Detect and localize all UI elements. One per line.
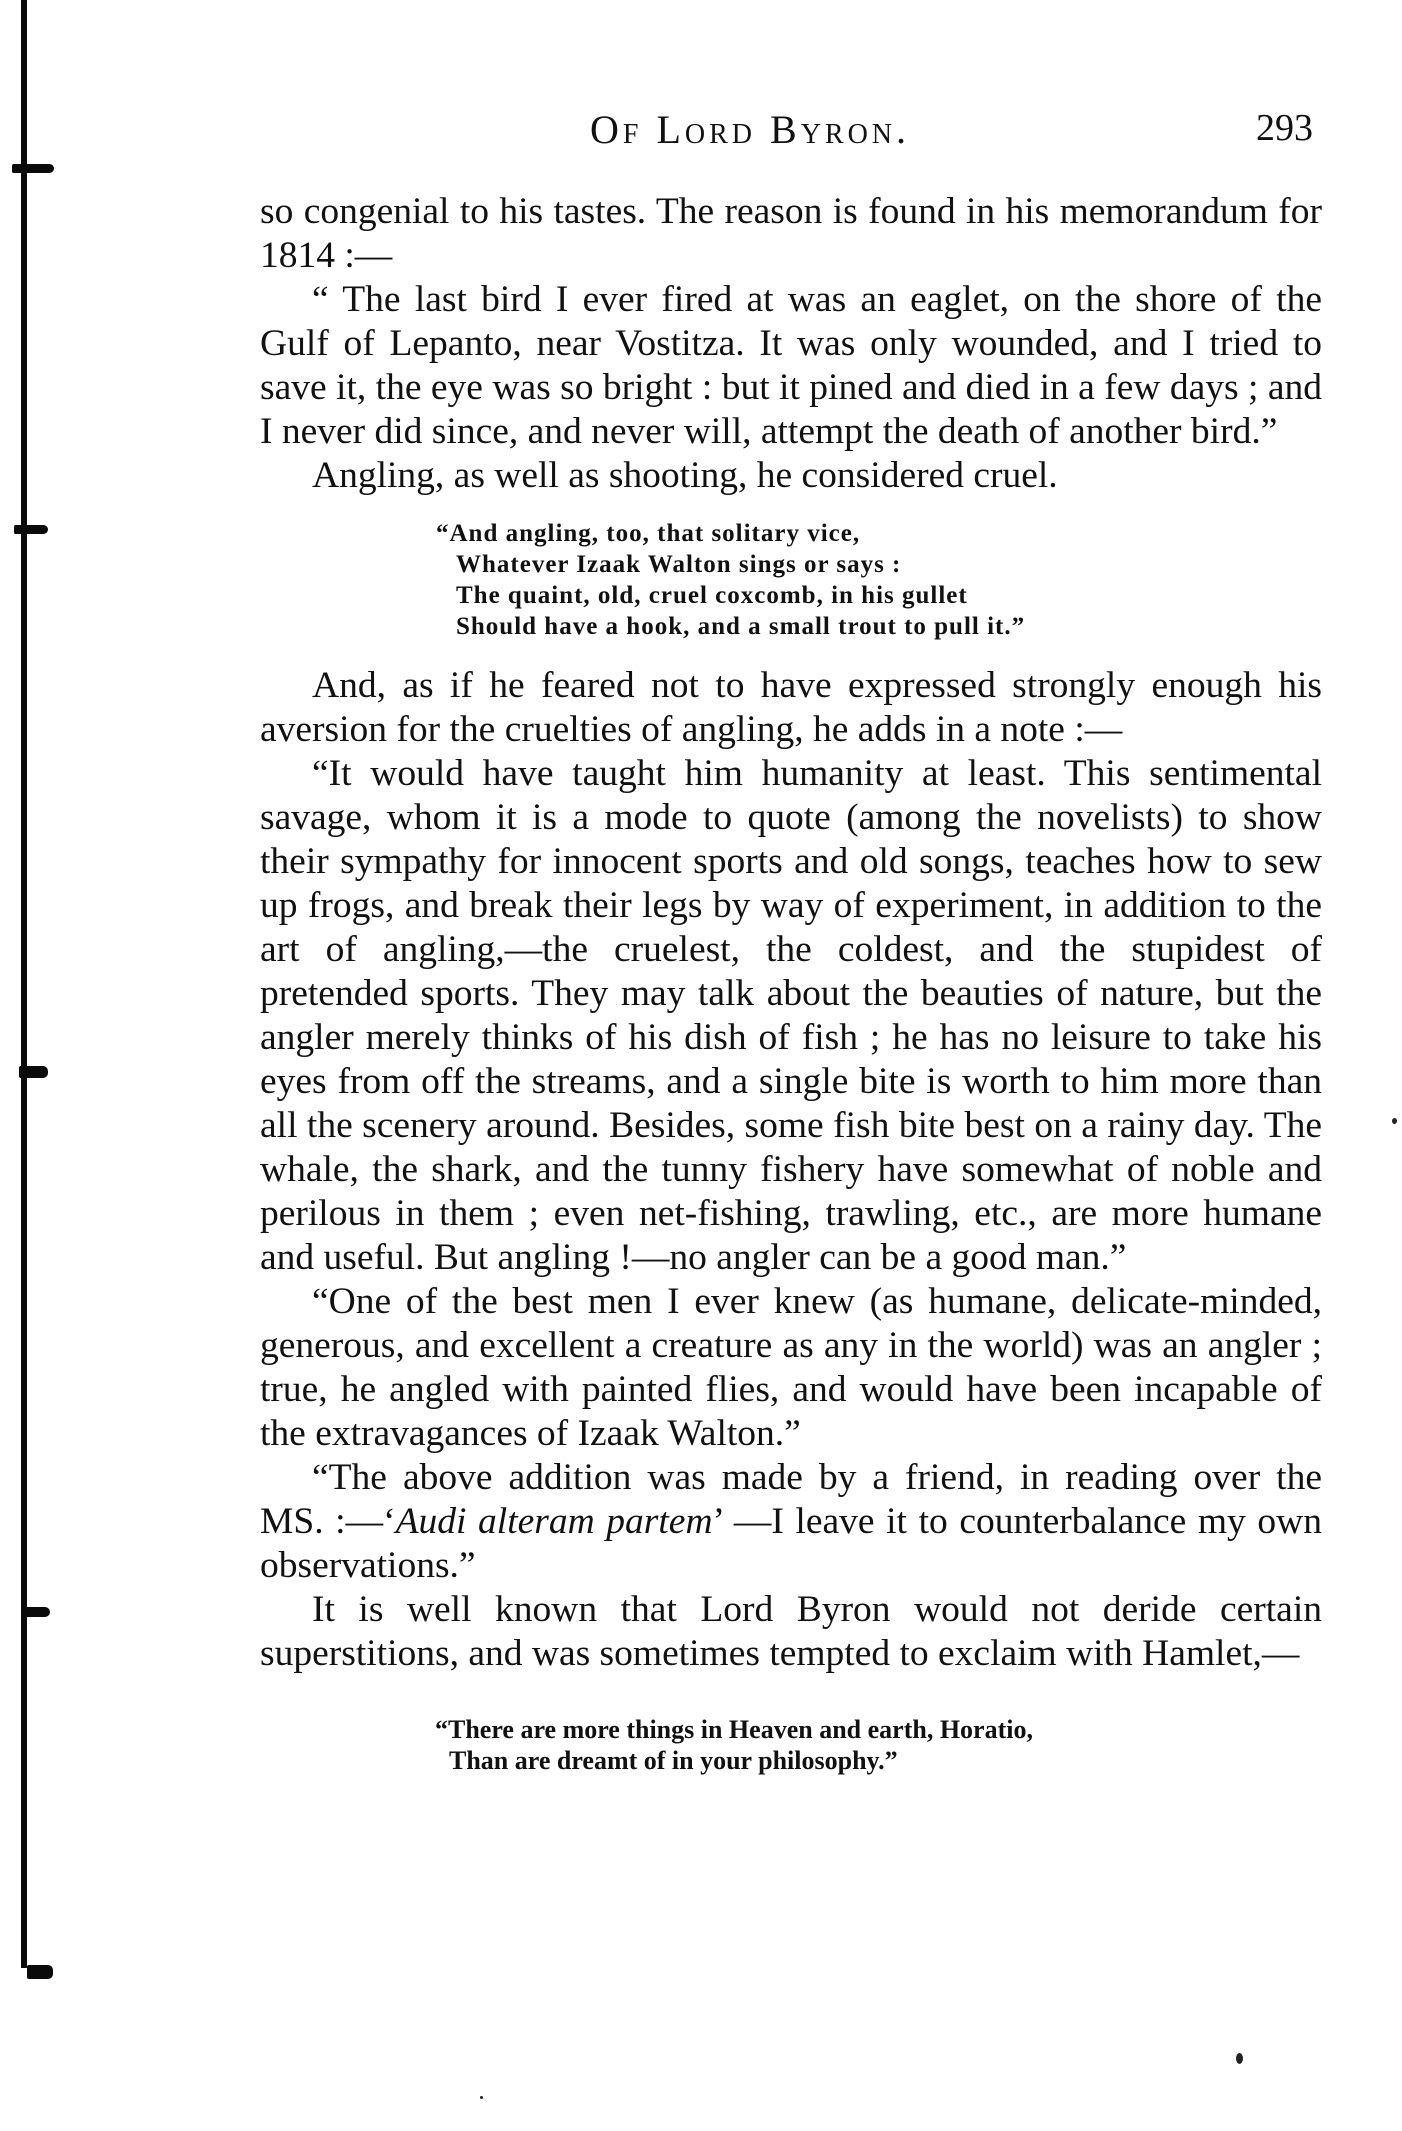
paragraph: so congenial to his tastes. The reason i… [260,190,1322,278]
paragraph: “ The last bird I ever fired at was an e… [260,278,1322,454]
page-binding-edge [21,0,27,1968]
ink-speck [480,2096,483,2099]
page-body: so congenial to his tastes. The reason i… [260,190,1322,1776]
paragraph: And, as if he feared not to have express… [260,664,1322,752]
paragraph: It is well known that Lord Byron would n… [260,1588,1322,1676]
binding-mark [14,525,48,534]
verse-line: Whatever Izaak Walton sings or says : [436,549,1322,580]
verse-line: The quaint, old, cruel coxcomb, in his g… [436,580,1322,611]
binding-mark [27,1965,53,1979]
binding-mark [19,1066,48,1078]
verse-line: “There are more things in Heaven and ear… [435,1714,1322,1745]
paragraph: Angling, as well as shooting, he conside… [260,454,1322,498]
verse-line: Should have a hook, and a small trout to… [436,611,1322,642]
binding-mark [12,164,54,173]
verse-quotation: “There are more things in Heaven and ear… [435,1714,1322,1776]
running-head: Of Lord Byron. [590,108,910,152]
binding-mark [24,1607,50,1617]
verse-line: “And angling, too, that solitary vice, [436,518,1322,549]
paragraph: “One of the best men I ever knew (as hum… [260,1280,1322,1456]
page-number: 293 [1256,106,1313,150]
ink-speck [1236,2053,1243,2064]
paragraph: “The above addition was made by a friend… [260,1456,1322,1588]
latin-phrase: Audi alteram partem [396,1501,713,1542]
paragraph: “It would have taught him humanity at le… [260,752,1322,1280]
verse-quotation: “And angling, too, that solitary vice, W… [436,518,1322,642]
verse-line: Than are dreamt of in your philosophy.” [435,1745,1322,1776]
ink-speck [1392,1118,1397,1124]
